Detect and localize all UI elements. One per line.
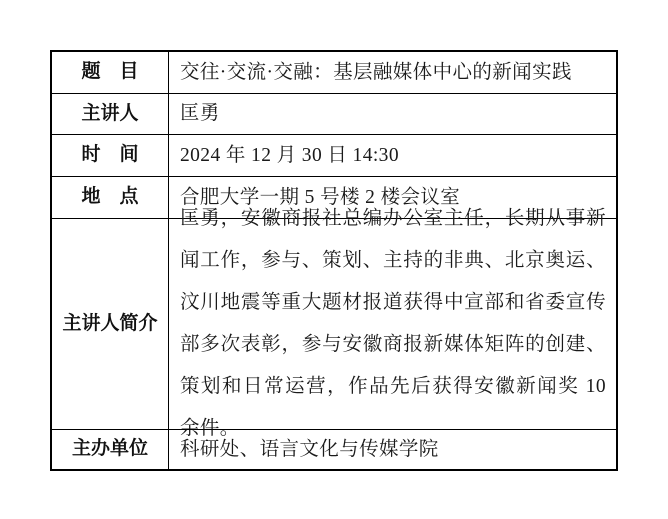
table-row-title: 题 目 交往·交流·交融：基层融媒体中心的新闻实践 bbox=[52, 52, 616, 93]
speaker-bio-value: 匡勇，安徽商报社总编办公室主任，长期从事新闻工作，参与、策划、主持的非典、北京奥… bbox=[169, 219, 616, 429]
title-label: 题 目 bbox=[52, 52, 169, 93]
location-label: 地 点 bbox=[52, 177, 169, 218]
table-row-speaker-bio: 主讲人简介 匡勇，安徽商报社总编办公室主任，长期从事新闻工作，参与、策划、主持的… bbox=[52, 218, 616, 429]
table-row-time: 时 间 2024 年 12 月 30 日 14:30 bbox=[52, 134, 616, 176]
document-page: 题 目 交往·交流·交融：基层融媒体中心的新闻实践 主讲人 匡勇 时 间 202… bbox=[0, 0, 668, 519]
table-row-speaker: 主讲人 匡勇 bbox=[52, 93, 616, 134]
speaker-bio-label: 主讲人简介 bbox=[52, 219, 169, 429]
title-value: 交往·交流·交融：基层融媒体中心的新闻实践 bbox=[169, 52, 616, 93]
speaker-label: 主讲人 bbox=[52, 94, 169, 134]
table-row-organizer: 主办单位 科研处、语言文化与传媒学院 bbox=[52, 429, 616, 469]
lecture-info-table: 题 目 交往·交流·交融：基层融媒体中心的新闻实践 主讲人 匡勇 时 间 202… bbox=[50, 50, 618, 471]
time-label: 时 间 bbox=[52, 135, 169, 176]
organizer-value: 科研处、语言文化与传媒学院 bbox=[169, 430, 616, 469]
time-value: 2024 年 12 月 30 日 14:30 bbox=[169, 135, 616, 176]
organizer-label: 主办单位 bbox=[52, 430, 169, 469]
speaker-bio-text: 匡勇，安徽商报社总编办公室主任，长期从事新闻工作，参与、策划、主持的非典、北京奥… bbox=[180, 198, 606, 450]
speaker-value: 匡勇 bbox=[169, 94, 616, 134]
